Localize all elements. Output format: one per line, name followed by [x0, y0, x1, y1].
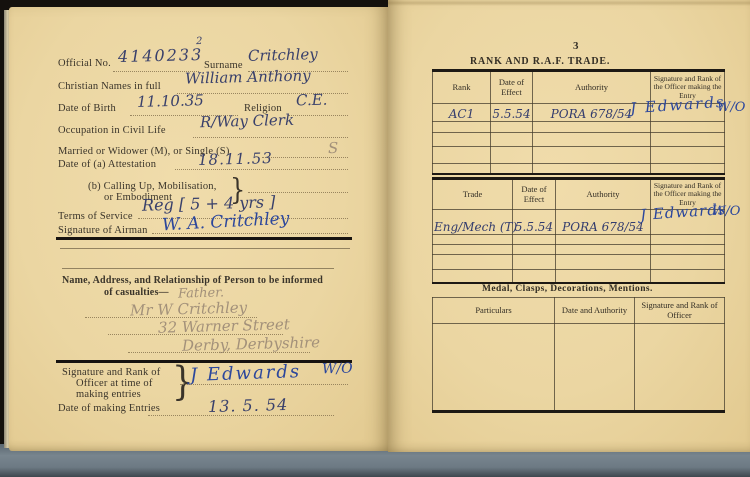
empty-cell — [433, 235, 513, 245]
medals-header-particulars: Particulars — [433, 298, 555, 324]
field-underline — [175, 169, 348, 170]
rank-table-header-rank: Rank — [433, 71, 491, 104]
empty-cell — [513, 255, 556, 270]
field-underline — [148, 415, 334, 416]
empty-cell — [433, 255, 513, 270]
page-top-crease — [388, 0, 750, 6]
empty-cell — [533, 147, 651, 164]
rank-value: AC1 — [433, 104, 491, 122]
section-divider-rule — [56, 360, 352, 363]
empty-cell — [556, 255, 651, 270]
date-of-birth-value: 11.10.35 — [137, 91, 204, 111]
empty-cell — [491, 122, 533, 133]
empty-cell — [651, 164, 725, 174]
married-single-value: S — [328, 139, 339, 157]
empty-cell — [651, 133, 725, 147]
medals-table: Particulars Date and Authority Signature… — [432, 297, 725, 413]
occupation-value: R/Way Clerk — [200, 111, 295, 131]
empty-cell — [513, 270, 556, 283]
trade-entry-sig-rank: W/O — [712, 204, 740, 219]
officer-rank-value: W/O — [322, 361, 353, 378]
empty-cell — [556, 235, 651, 245]
empty-cell — [433, 164, 491, 174]
officer-signature-label-line1: Signature and Rank of — [62, 367, 160, 378]
medals-header-date-authority: Date and Authority — [555, 298, 635, 324]
field-underline — [152, 233, 348, 234]
official-no-superscript: 2 — [196, 36, 203, 47]
field-underline — [193, 137, 348, 138]
rank-trade-section-title: RANK AND R.A.F. TRADE. — [470, 56, 610, 67]
page-number: 3 — [573, 40, 579, 52]
date-of-birth-label: Date of Birth — [58, 103, 116, 114]
empty-cell — [513, 245, 556, 255]
faint-rule — [62, 268, 334, 269]
empty-cell — [651, 255, 725, 270]
officer-signature-label-line3: making entries — [76, 389, 141, 400]
trade-table-header-authority: Authority — [556, 179, 651, 210]
empty-cell — [491, 147, 533, 164]
empty-cell — [533, 133, 651, 147]
empty-cell — [491, 164, 533, 174]
officer-signature: J Edwards — [190, 361, 302, 386]
empty-cell — [433, 133, 491, 147]
empty-cell — [635, 324, 725, 412]
empty-cell — [533, 122, 651, 133]
trade-authority-value: PORA 678/54 — [556, 210, 651, 235]
service-book-photo: Official No. 4140233 2 Surname Critchley… — [0, 0, 750, 477]
empty-cell — [555, 324, 635, 412]
terms-of-service-label: Terms of Service — [58, 211, 133, 222]
casualties-label-line2: of casualties— — [104, 287, 169, 298]
empty-cell — [651, 270, 725, 283]
airman-signature-label: Signature of Airman — [58, 225, 148, 236]
trade-table-header-date: Date of Effect — [513, 179, 556, 210]
trade-date-value: 5.5.54 — [513, 210, 556, 235]
empty-cell — [651, 147, 725, 164]
attestation-label: Date of (a) Attestation — [58, 159, 156, 170]
rank-table-header-date: Date of Effect — [491, 71, 533, 104]
attestation-value: 18.11.53 — [198, 149, 273, 169]
faint-rule — [60, 248, 350, 249]
empty-cell — [433, 147, 491, 164]
empty-cell — [433, 122, 491, 133]
field-underline — [128, 352, 310, 353]
rank-entry-sig-rank: W/O — [717, 100, 745, 115]
officer-signature-label-line2: Officer at time of — [76, 378, 153, 389]
trade-value: Eng/Mech (T) — [433, 210, 513, 235]
medals-header-signature: Signature and Rank of Officer — [635, 298, 725, 324]
entries-date-label: Date of making Entries — [58, 403, 160, 414]
empty-cell — [556, 270, 651, 283]
field-underline — [288, 115, 348, 116]
field-underline — [180, 384, 348, 385]
official-no-label: Official No. — [58, 58, 111, 69]
official-no-value: 4140233 — [118, 45, 204, 66]
entries-date-value: 13. 5. 54 — [208, 395, 289, 416]
empty-cell — [491, 133, 533, 147]
trade-table: Trade Date of Effect Authority Signature… — [432, 177, 725, 284]
calling-up-label-line1: (b) Calling Up, Mobilisation, — [88, 181, 217, 192]
christian-names-value: William Anthony — [185, 66, 311, 87]
empty-cell — [433, 245, 513, 255]
casualties-label-line1: Name, Address, and Relationship of Perso… — [62, 275, 323, 286]
field-underline — [262, 157, 348, 158]
empty-cell — [651, 245, 725, 255]
medals-section-title: Medal, Clasps, Decorations, Mentions. — [482, 284, 653, 294]
empty-cell — [651, 122, 725, 133]
surname-value: Critchley — [248, 45, 318, 65]
empty-cell — [556, 245, 651, 255]
rank-table: Rank Date of Effect Authority Signature … — [432, 69, 725, 175]
empty-cell — [651, 235, 725, 245]
occupation-label: Occupation in Civil Life — [58, 125, 166, 136]
christian-names-label: Christian Names in full — [58, 81, 161, 92]
empty-cell — [533, 164, 651, 174]
empty-cell — [433, 270, 513, 283]
religion-value: C.E. — [296, 91, 328, 110]
empty-cell — [433, 324, 555, 412]
rank-date-value: 5.5.54 — [491, 104, 533, 122]
section-divider-rule — [56, 237, 352, 240]
trade-table-header-trade: Trade — [433, 179, 513, 210]
empty-cell — [513, 235, 556, 245]
